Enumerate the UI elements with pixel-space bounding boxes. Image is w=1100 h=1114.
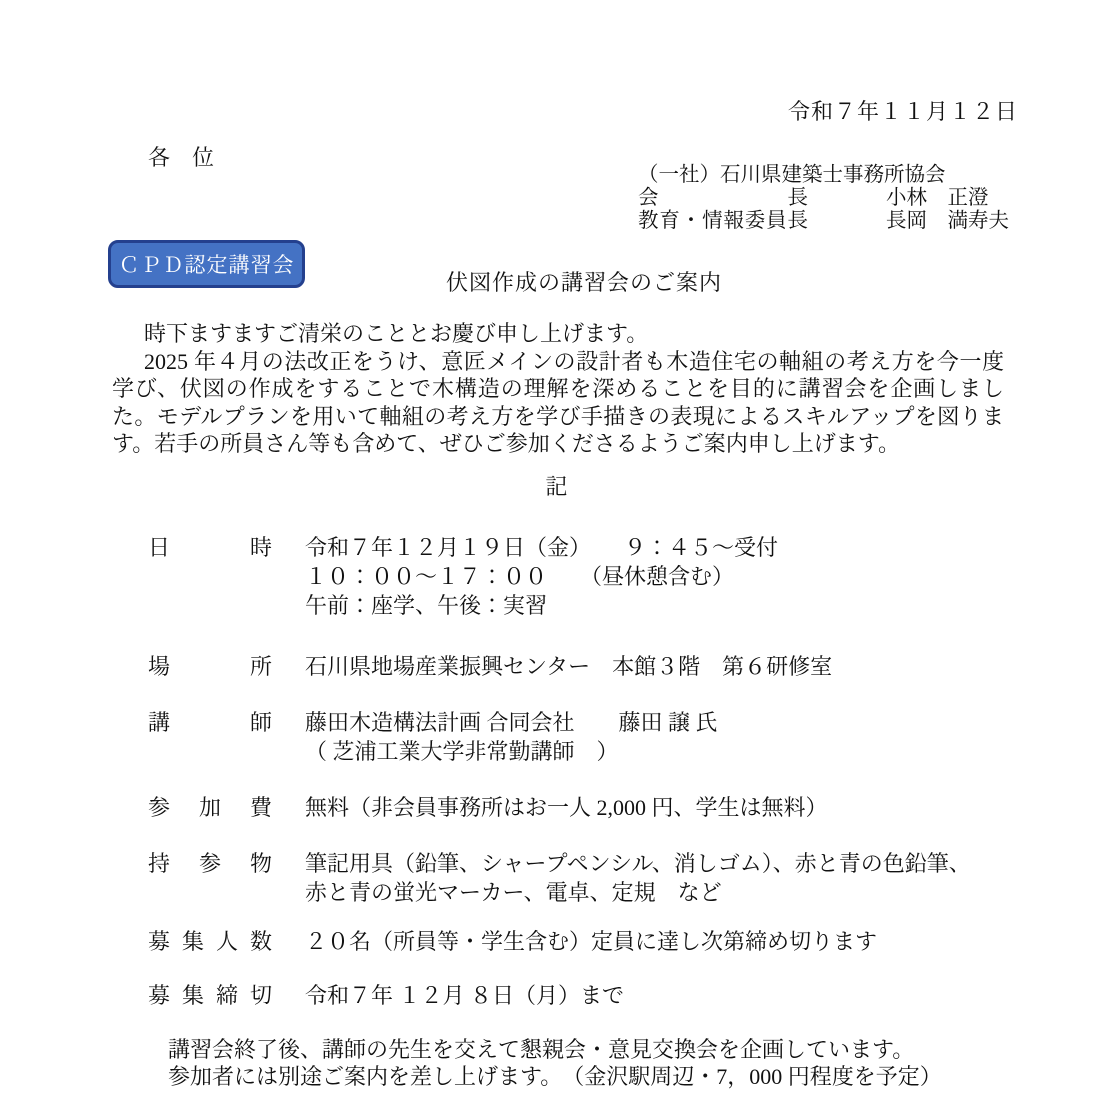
detail-line: ２０名（所員等・学生含む）定員に達し次第締め切ります bbox=[305, 927, 877, 956]
detail-line: １０：００～１７：００ （昼休憩含む） bbox=[305, 562, 778, 591]
sender-name-committee: 長岡 満寿夫 bbox=[886, 210, 1009, 233]
detail-label: 講師 bbox=[148, 708, 272, 737]
detail-row-deadline: 募集締切 令和７年 １２月 ８日（月）まで bbox=[148, 981, 1028, 1010]
sender-org: （一社）石川県建築士事務所協会 bbox=[638, 164, 1018, 187]
sender-name-president: 小林 正澄 bbox=[886, 187, 989, 210]
detail-row-lecturer: 講師 藤田木造構法計画 合同会社 藤田 譲 氏 （ 芝浦工業大学非常勤講師 ） bbox=[148, 708, 1028, 766]
detail-value: 無料（非会員事務所はお一人 2,000 円、学生は無料） bbox=[305, 793, 828, 822]
note-line: 参加者には別途ご案内を差し上げます。 （金沢駅周辺・7，000 円程度を予定） bbox=[168, 1063, 1028, 1090]
detail-label: 参加費 bbox=[148, 793, 272, 822]
detail-line: 筆記用具（鉛筆、シャープペンシル、消しゴム）、赤と青の色鉛筆、 bbox=[305, 849, 971, 878]
detail-line: 午前：座学、午後：実習 bbox=[305, 591, 778, 620]
recipient-line: 各 位 bbox=[148, 141, 214, 172]
detail-row-fee: 参加費 無料（非会員事務所はお一人 2,000 円、学生は無料） bbox=[148, 793, 1028, 822]
detail-line: 令和７年１２月１９日（金） ９：４５～受付 bbox=[305, 533, 778, 562]
sender-block: （一社）石川県建築士事務所協会 会長 小林 正澄 教育・情報委員長 長岡 満寿夫 bbox=[638, 164, 1018, 233]
detail-label: 場所 bbox=[148, 652, 272, 681]
detail-value: 令和７年 １２月 ８日（月）まで bbox=[305, 981, 624, 1010]
sender-role-president: 会長 bbox=[638, 187, 808, 210]
detail-value: ２０名（所員等・学生含む）定員に達し次第締め切ります bbox=[305, 927, 877, 956]
greeting-paragraph: 時下ますますご清栄のこととお慶び申し上げます。 bbox=[112, 320, 1004, 348]
sender-line-president: 会長 小林 正澄 bbox=[638, 187, 1018, 210]
document-date: 令和７年１１月１２日 bbox=[788, 95, 1018, 126]
detail-line: 藤田木造構法計画 合同会社 藤田 譲 氏 bbox=[305, 708, 718, 737]
detail-row-datetime: 日時 令和７年１２月１９日（金） ９：４５～受付 １０：００～１７：００ （昼休… bbox=[148, 533, 1028, 620]
detail-value: 藤田木造構法計画 合同会社 藤田 譲 氏 （ 芝浦工業大学非常勤講師 ） bbox=[305, 708, 718, 766]
detail-value: 筆記用具（鉛筆、シャープペンシル、消しゴム）、赤と青の色鉛筆、 赤と青の蛍光マー… bbox=[305, 849, 971, 907]
detail-row-capacity: 募集人数 ２０名（所員等・学生含む）定員に達し次第締め切ります bbox=[148, 927, 1028, 956]
detail-line: 赤と青の蛍光マーカー、電卓、定規 など bbox=[305, 878, 971, 907]
details-list: 日時 令和７年１２月１９日（金） ９：４５～受付 １０：００～１７：００ （昼休… bbox=[148, 533, 1028, 1037]
note-line: 講習会終了後、講師の先生を交えて懇親会・意見交換会を企画しています。 bbox=[168, 1036, 1028, 1063]
detail-label: 募集人数 bbox=[148, 927, 272, 956]
document-title: 伏図作成の講習会のご案内 bbox=[168, 266, 1000, 297]
detail-row-items-to-bring: 持参物 筆記用具（鉛筆、シャープペンシル、消しゴム）、赤と青の色鉛筆、 赤と青の… bbox=[148, 849, 1028, 907]
detail-label: 持参物 bbox=[148, 849, 272, 878]
body-paragraphs: 時下ますますご清栄のこととお慶び申し上げます。 2025 年４月の法改正をうけ、… bbox=[112, 320, 1004, 458]
detail-line: 無料（非会員事務所はお一人 2,000 円、学生は無料） bbox=[305, 793, 828, 822]
detail-line: 石川県地場産業振興センター 本館３階 第６研修室 bbox=[305, 652, 832, 681]
detail-row-place: 場所 石川県地場産業振興センター 本館３階 第６研修室 bbox=[148, 652, 1028, 681]
closing-notes: 講習会終了後、講師の先生を交えて懇親会・意見交換会を企画しています。 参加者には… bbox=[168, 1036, 1028, 1090]
record-heading: 記 bbox=[112, 470, 1004, 501]
sender-role-committee: 教育・情報委員長 bbox=[638, 210, 808, 233]
detail-label: 募集締切 bbox=[148, 981, 272, 1010]
detail-line: （ 芝浦工業大学非常勤講師 ） bbox=[305, 737, 718, 766]
detail-line: 令和７年 １２月 ８日（月）まで bbox=[305, 981, 624, 1010]
detail-value: 令和７年１２月１９日（金） ９：４５～受付 １０：００～１７：００ （昼休憩含む… bbox=[305, 533, 778, 620]
announcement-document: 令和７年１１月１２日 各 位 （一社）石川県建築士事務所協会 会長 小林 正澄 … bbox=[0, 0, 1100, 1114]
purpose-paragraph: 2025 年４月の法改正をうけ、意匠メインの設計者も木造住宅の軸組の考え方を今一… bbox=[112, 348, 1004, 458]
detail-label: 日時 bbox=[148, 533, 272, 562]
sender-line-committee: 教育・情報委員長 長岡 満寿夫 bbox=[638, 210, 1018, 233]
detail-value: 石川県地場産業振興センター 本館３階 第６研修室 bbox=[305, 652, 832, 681]
